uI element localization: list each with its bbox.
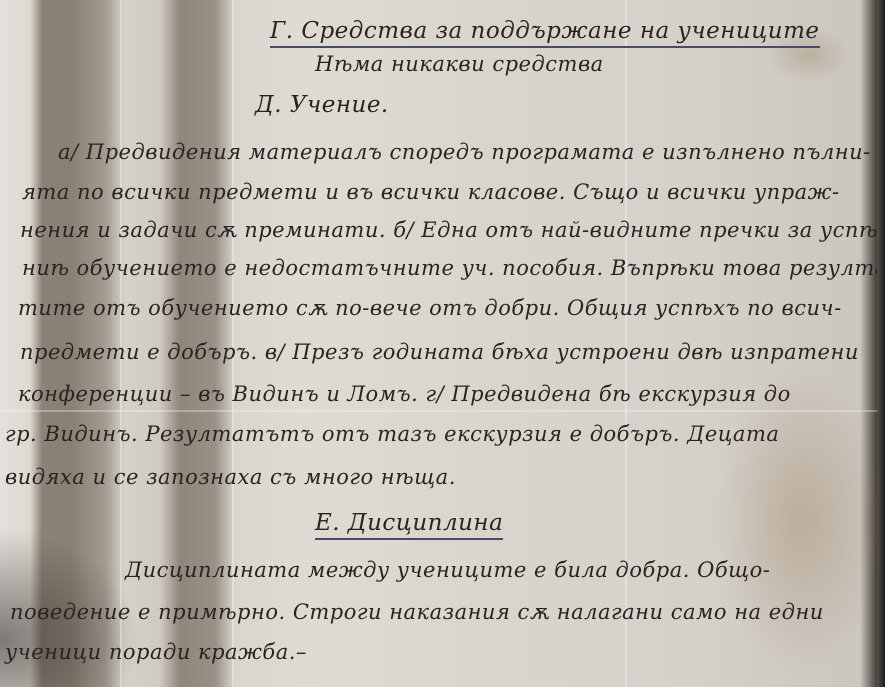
section-d-line: ниѣ обучението е недостатъчните уч. посо… xyxy=(22,256,885,280)
horizontal-fold xyxy=(0,410,885,412)
section-d-line: конференции – въ Видинъ и Ломъ. г/ Предв… xyxy=(18,382,791,406)
section-d-line: ята по всички предмети и въ всички класо… xyxy=(22,180,840,204)
section-g-text: Нѣма никакви средства xyxy=(315,52,604,76)
section-d-line: предмети е добъръ. в/ Презъ годината бѣх… xyxy=(20,340,859,364)
section-e-heading: Е. Дисциплина xyxy=(315,510,503,540)
section-d-line: видяха и се запознаха съ много нѣща. xyxy=(5,465,456,489)
section-g-heading: Г. Средства за поддържане на учениците xyxy=(270,18,820,48)
document-photo: Г. Средства за поддържане на учениците Н… xyxy=(0,0,885,687)
section-e-line: Дисциплината между учениците е била добр… xyxy=(125,558,770,582)
section-e-line: поведение е примѣрно. Строги наказания с… xyxy=(10,600,824,624)
section-e-line: ученици поради кражба.– xyxy=(5,640,307,664)
section-d-line: а/ Предвидения материалъ споредъ програм… xyxy=(58,140,871,164)
paper-edge xyxy=(877,0,885,687)
section-d-line: гр. Видинъ. Резултатътъ отъ тазъ екскурз… xyxy=(5,422,779,446)
section-d-line: тите отъ обучението сѫ по-вече отъ добри… xyxy=(18,296,842,320)
section-d-heading: Д. Учение. xyxy=(255,92,389,118)
section-d-line: нения и задачи сѫ преминати. б/ Една отъ… xyxy=(20,218,885,242)
